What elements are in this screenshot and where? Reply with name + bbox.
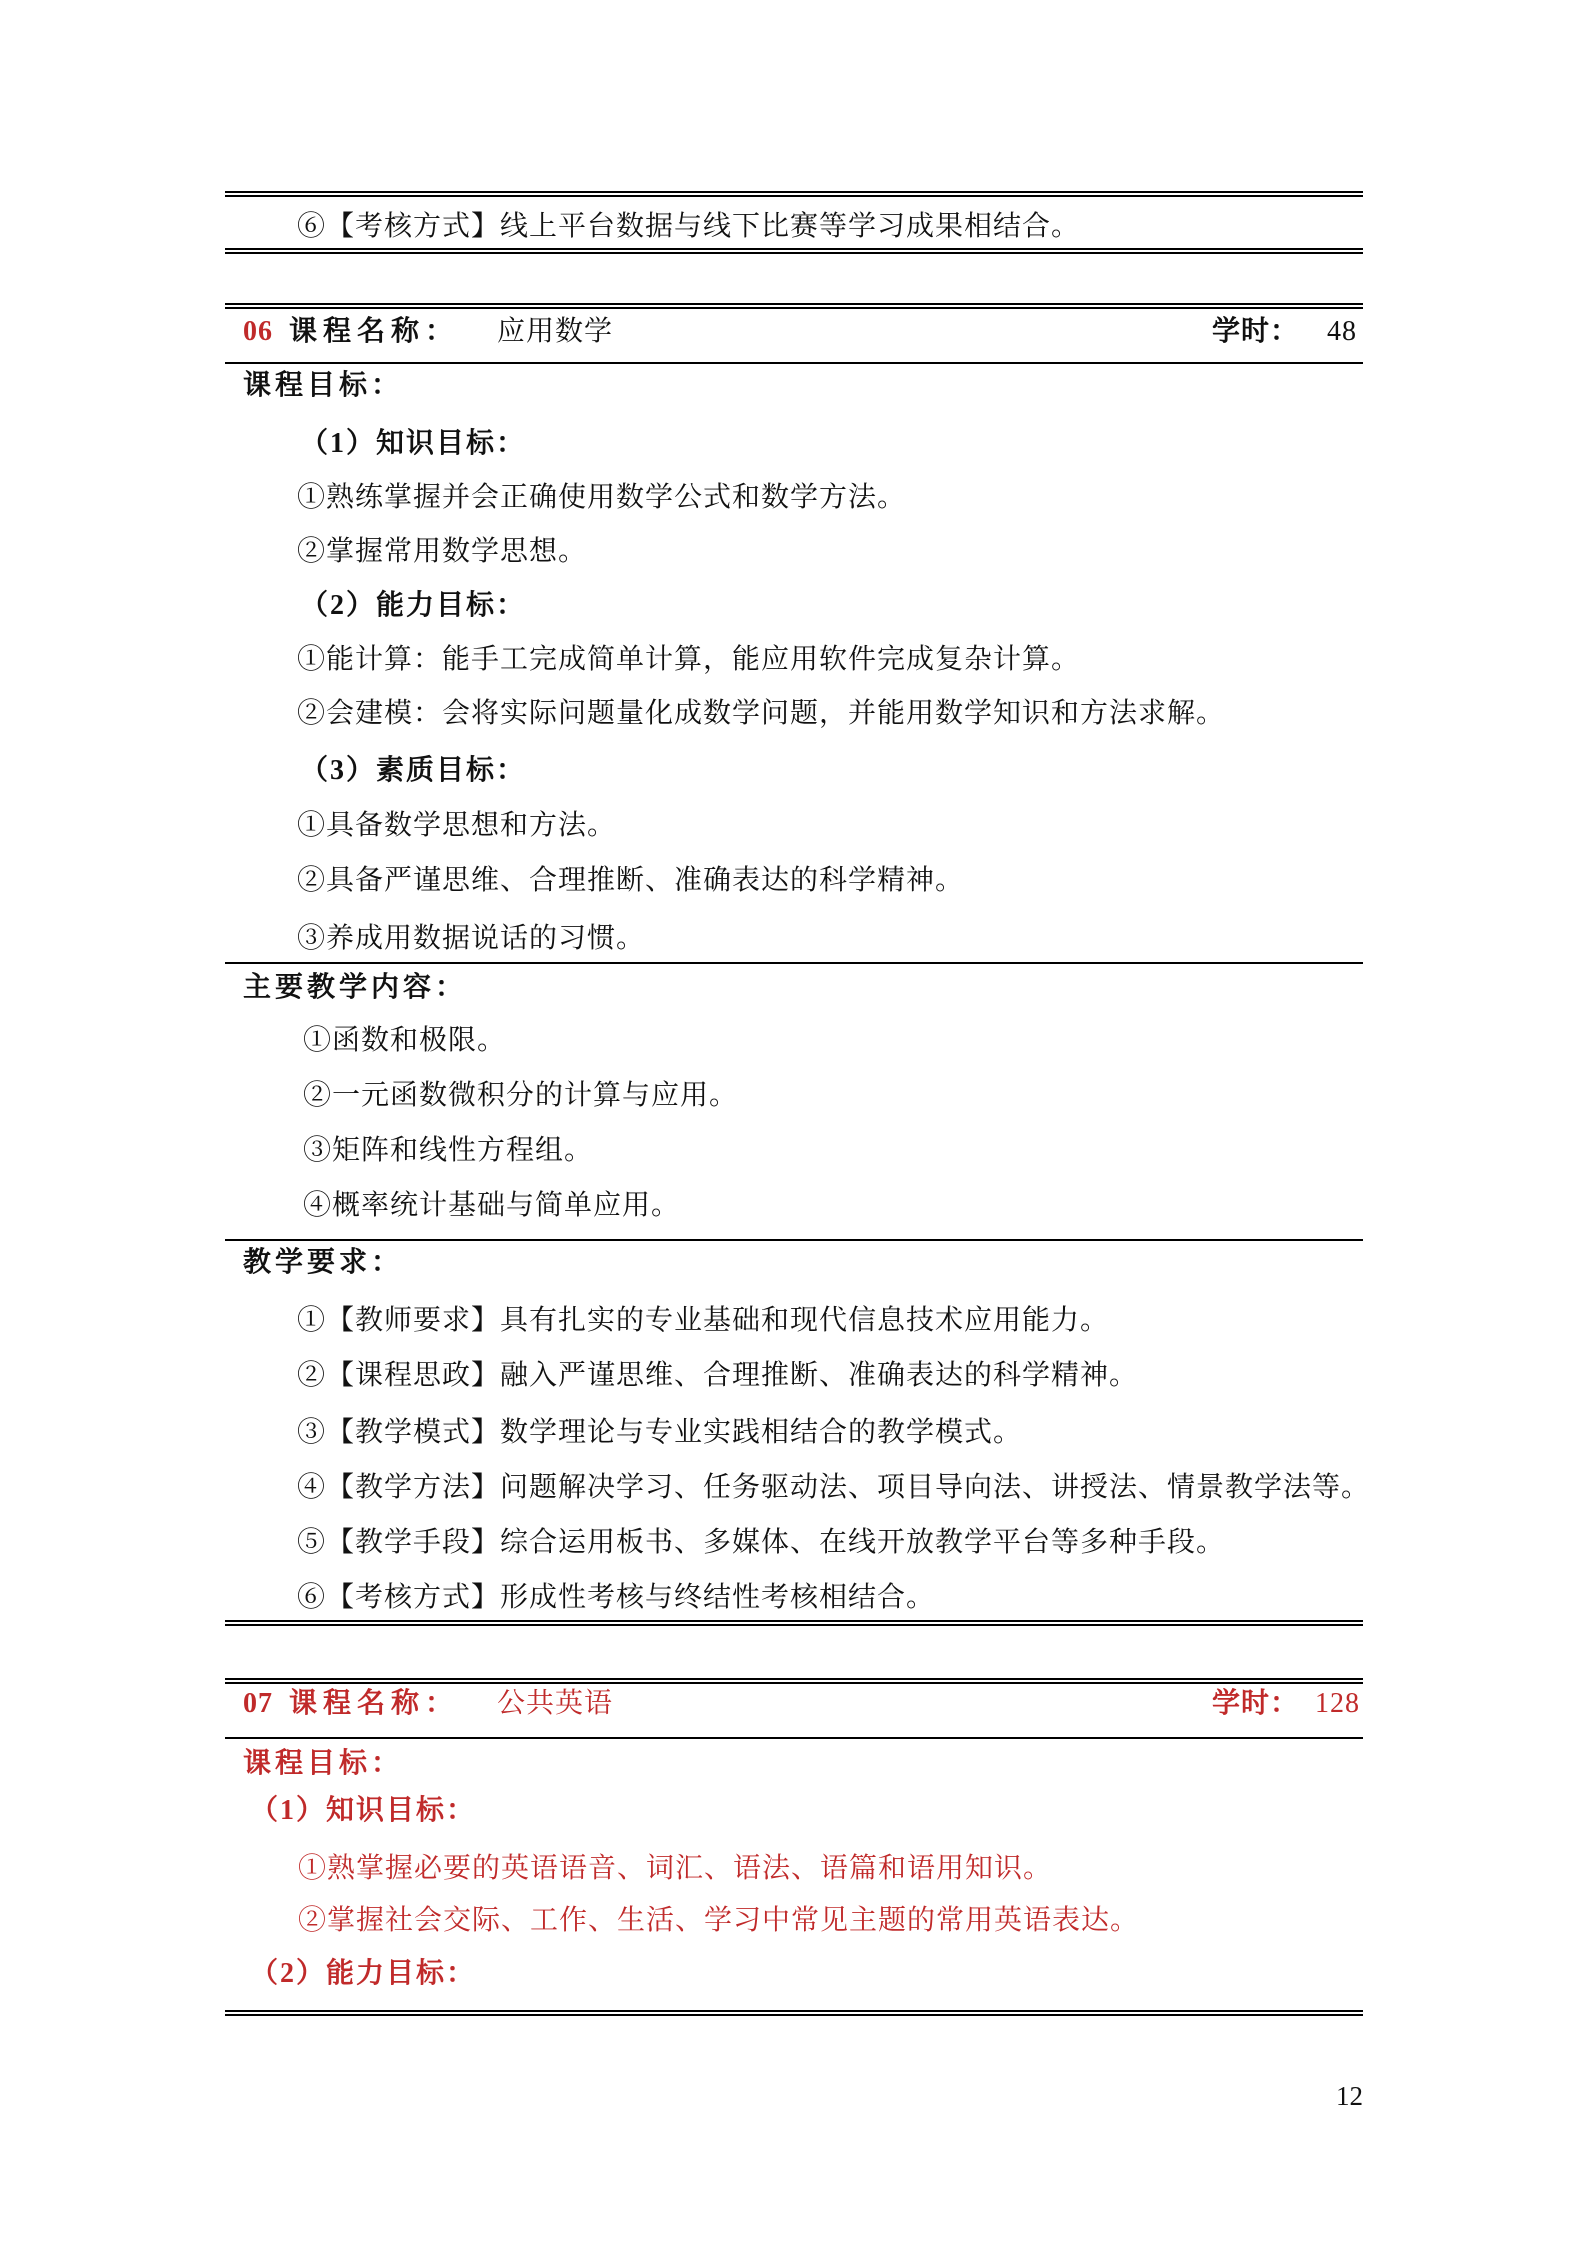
course06-content-title: 主要教学内容： xyxy=(243,973,467,1003)
course06-hours: 学时： 48 xyxy=(1212,317,1357,347)
document-page: ⑥【考核方式】线上平台数据与线下比赛等学习成果相结合。 06 课程名称： 应用数… xyxy=(0,0,1587,2245)
course06-objective-subhead: （2）能力目标： xyxy=(300,591,526,621)
course06-content-item: ①函数和极限。 xyxy=(303,1026,506,1056)
course07-objective-subhead: （2）能力目标： xyxy=(250,1959,476,1989)
course07-header-row: 07 课程名称： 公共英语 xyxy=(243,1689,613,1719)
page-number: 12 xyxy=(1336,2081,1363,2112)
course07-hours: 学时： 128 xyxy=(1212,1689,1360,1719)
course06-content-item: ③矩阵和线性方程组。 xyxy=(303,1136,593,1166)
rule-course07-header-sep xyxy=(225,1737,1363,1739)
course07-objective-subhead: （1）知识目标： xyxy=(250,1796,476,1826)
course06-objective-item: ②具备严谨思维、合理推断、准确表达的科学精神。 xyxy=(297,866,964,896)
course06-objective-item: ②会建模：会将实际问题量化成数学问题，并能用数学知识和方法求解。 xyxy=(297,699,1225,729)
course07-hours-value: 128 xyxy=(1315,1688,1360,1719)
rule-prev-table-bottom xyxy=(225,248,1363,254)
rule-course06-table-bottom xyxy=(225,1620,1363,1626)
course06-requirements-title: 教学要求： xyxy=(243,1248,403,1278)
course06-requirement-item: ①【教师要求】具有扎实的专业基础和现代信息技术应用能力。 xyxy=(297,1306,1109,1336)
course06-header-row: 06 课程名称： 应用数学 xyxy=(243,317,613,347)
course07-name: 公共英语 xyxy=(497,1688,613,1719)
course06-name: 应用数学 xyxy=(497,316,613,347)
course06-objective-item: ①能计算：能手工完成简单计算，能应用软件完成复杂计算。 xyxy=(297,645,1080,675)
course06-objectives-title: 课程目标： xyxy=(243,371,403,401)
rule-course07-table-top xyxy=(225,1678,1363,1684)
course06-content-item: ④概率统计基础与简单应用。 xyxy=(303,1191,680,1221)
course07-objective-item: ①熟掌握必要的英语语音、词汇、语法、语篇和语用知识。 xyxy=(298,1854,1052,1884)
course06-hours-label: 学时： xyxy=(1212,316,1299,347)
course07-objectives-title: 课程目标： xyxy=(243,1749,403,1779)
rule-course06-header-sep xyxy=(225,362,1363,364)
course06-content-item: ②一元函数微积分的计算与应用。 xyxy=(303,1081,738,1111)
course06-requirement-item: ⑤【教学手段】综合运用板书、多媒体、在线开放教学平台等多种手段。 xyxy=(297,1528,1225,1558)
course06-objective-item: ③养成用数据说话的习惯。 xyxy=(297,924,645,954)
course06-objective-item: ①具备数学思想和方法。 xyxy=(297,811,616,841)
course06-objective-item: ①熟练掌握并会正确使用数学公式和数学方法。 xyxy=(297,483,906,513)
course06-objective-subhead: （1）知识目标： xyxy=(300,429,526,459)
course07-number: 07 xyxy=(243,1688,273,1719)
rule-course06-table-top xyxy=(225,303,1363,309)
course06-objective-item: ②掌握常用数学思想。 xyxy=(297,537,587,567)
course06-requirement-item: ⑥【考核方式】形成性考核与终结性考核相结合。 xyxy=(297,1583,935,1613)
course06-objective-subhead: （3）素质目标： xyxy=(300,756,526,786)
course06-requirement-item: ③【教学模式】数学理论与专业实践相结合的教学模式。 xyxy=(297,1418,1022,1448)
rule-course06-require-sep xyxy=(225,1239,1363,1241)
course07-objective-item: ②掌握社会交际、工作、生活、学习中常见主题的常用英语表达。 xyxy=(298,1906,1139,1936)
course06-requirement-item: ②【课程思政】融入严谨思维、合理推断、准确表达的科学精神。 xyxy=(297,1361,1138,1391)
course06-number: 06 xyxy=(243,316,273,347)
prev-course-assessment-line: ⑥【考核方式】线上平台数据与线下比赛等学习成果相结合。 xyxy=(297,212,1080,242)
course06-name-label: 课程名称： xyxy=(289,316,459,347)
course06-requirement-item: ④【教学方法】问题解决学习、任务驱动法、项目导向法、讲授法、情景教学法等。 xyxy=(297,1473,1370,1503)
rule-course07-table-bottom xyxy=(225,2010,1363,2016)
course07-hours-label: 学时： xyxy=(1212,1688,1299,1719)
rule-course06-content-sep xyxy=(225,962,1363,964)
course07-name-label: 课程名称： xyxy=(289,1688,459,1719)
course06-hours-value: 48 xyxy=(1327,316,1357,347)
rule-top-double xyxy=(225,191,1363,197)
